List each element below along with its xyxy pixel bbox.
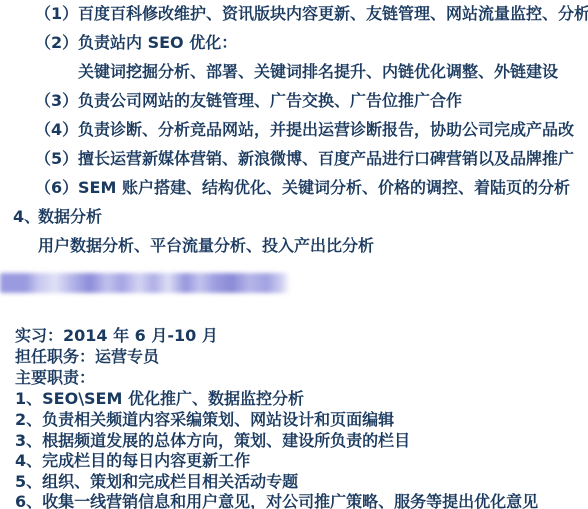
responsibility-item-6: 6、收集一线营销信息和用户意见，对公司推广策略、服务等提出优化意见 xyxy=(15,493,538,509)
section-4-heading: 4、数据分析 xyxy=(13,208,102,225)
section-4-number: 4、 xyxy=(13,208,38,225)
duty-item-4-number: （4） xyxy=(35,121,78,138)
duty-item-5-number: （5） xyxy=(35,150,78,167)
responsibility-item-4: 4、完成栏目的每日内容更新工作 xyxy=(15,452,250,469)
duty-item-2-continuation: 关键词挖掘分析、部署、关键词排名提升、内链优化调整、外链建设 xyxy=(35,63,558,80)
duty-item-2-number: （2） xyxy=(35,34,78,51)
duty-item-2-continuation-text: 关键词挖掘分析、部署、关键词排名提升、内链优化调整、外链建设 xyxy=(78,62,558,81)
internship-position-line: 担任职务：运营专员 xyxy=(15,348,159,365)
responsibility-item-3: 3、根据频道发展的总体方向，策划、建设所负责的栏目 xyxy=(15,432,410,449)
duty-item-1-number: （1） xyxy=(35,5,78,22)
internship-responsibilities-label: 主要职责： xyxy=(15,369,95,386)
duty-item-6-number: （6） xyxy=(35,179,78,196)
responsibility-item-2: 2、负责相关频道内容采编策划、网站设计和页面编辑 xyxy=(15,411,394,428)
duty-item-2: （2）负责站内 SEO 优化： xyxy=(35,34,237,51)
section-4-detail: 用户数据分析、平台流量分析、投入产出比分析 xyxy=(38,237,374,254)
duty-item-6: （6）SEM 账户搭建、结构优化、关键词分析、价格的调控、着陆页的分析 xyxy=(35,179,570,196)
resume-document-page: （1）百度百科修改维护、资讯版块内容更新、友链管理、网站流量监控、分析 （2）负… xyxy=(0,0,588,509)
responsibility-item-1: 1、SEO\SEM 优化推广、数据监控分析 xyxy=(15,390,304,407)
duty-item-6-text: SEM 账户搭建、结构优化、关键词分析、价格的调控、着陆页的分析 xyxy=(78,178,570,197)
duty-item-4-text: 负责诊断、分析竞品网站，并提出运营诊断报告，协助公司完成产品改 xyxy=(78,120,574,139)
duty-item-3: （3）负责公司网站的友链管理、广告交换、广告位推广合作 xyxy=(35,92,462,109)
duty-item-1: （1）百度百科修改维护、资讯版块内容更新、友链管理、网站流量监控、分析 xyxy=(35,5,588,22)
duty-item-5: （5）擅长运营新媒体营销、新浪微博、百度产品进行口碑营销以及品牌推广 xyxy=(35,150,574,167)
responsibility-item-5: 5、组织、策划和完成栏目相关活动专题 xyxy=(15,473,298,490)
duty-item-4: （4）负责诊断、分析竞品网站，并提出运营诊断报告，协助公司完成产品改 xyxy=(35,121,574,138)
redaction-bar xyxy=(0,273,290,293)
duty-item-3-number: （3） xyxy=(35,92,78,109)
section-4-title: 数据分析 xyxy=(38,207,102,226)
duty-item-2-text: 负责站内 SEO 优化： xyxy=(78,33,237,52)
duty-item-3-text: 负责公司网站的友链管理、广告交换、广告位推广合作 xyxy=(78,91,462,110)
duty-item-5-text: 擅长运营新媒体营销、新浪微博、百度产品进行口碑营销以及品牌推广 xyxy=(78,149,574,168)
internship-period-line: 实习：2014 年 6 月-10 月 xyxy=(15,327,218,344)
duty-item-1-text: 百度百科修改维护、资讯版块内容更新、友链管理、网站流量监控、分析 xyxy=(78,4,588,23)
